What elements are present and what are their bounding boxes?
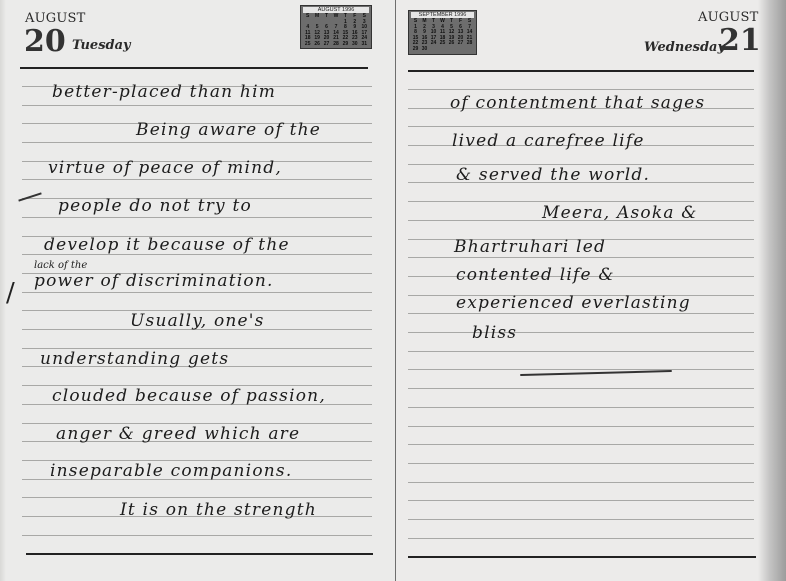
footer-rule	[26, 553, 373, 555]
ruled-line	[408, 519, 754, 520]
ruled-line	[22, 535, 372, 536]
handwriting-line: better-placed than him	[52, 82, 276, 102]
handwriting-line: understanding gets	[40, 349, 229, 369]
cal-day: 29	[411, 47, 420, 53]
mini-calendar-august: AUGUST 1996 S M T W T F S 1 2	[300, 5, 372, 49]
ruled-line	[408, 351, 754, 352]
handwriting-line: lived a carefree life	[452, 131, 645, 151]
cal-day	[429, 47, 438, 53]
header-rule	[408, 70, 754, 72]
handwriting-line: experienced everlasting	[456, 293, 691, 313]
mini-calendar-september: SEPTEMBER 1996 S M T W T F S 1 2 3 4 5	[408, 10, 477, 55]
footer-rule	[408, 556, 756, 558]
ruled-line	[22, 142, 372, 143]
mini-calendar-grid: S M T W T F S 1 2 3 4 5 6 7	[411, 19, 474, 52]
handwriting-line: anger & greed which are	[56, 424, 300, 444]
cal-day: 25	[303, 42, 312, 48]
mini-calendar-grid: S M T W T F S 1 2 3	[303, 14, 369, 47]
ruled-line	[408, 332, 754, 333]
handwriting-line: Being aware of the	[136, 120, 321, 140]
ruled-line	[408, 407, 754, 408]
handwriting-line: It is on the strength	[120, 500, 317, 520]
ruled-line	[408, 313, 754, 314]
right-day-number: 21	[719, 26, 761, 56]
page-edge-shadow	[758, 0, 786, 581]
ruled-line	[22, 497, 372, 498]
margin-stroke	[18, 192, 41, 201]
ruled-line	[408, 482, 754, 483]
handwriting-line: virtue of peace of mind,	[48, 158, 282, 178]
handwriting-line: clouded because of passion,	[52, 386, 326, 406]
ruled-line	[408, 369, 754, 370]
ruled-line	[408, 463, 754, 464]
end-flourish-stroke	[520, 370, 672, 376]
handwriting-line: develop it because of the	[44, 235, 290, 255]
ruled-line	[22, 105, 372, 106]
cal-day: 31	[360, 42, 369, 48]
right-page: SEPTEMBER 1996 S M T W T F S 1 2 3 4 5	[396, 0, 786, 581]
ruled-line	[408, 500, 754, 501]
ruled-line	[22, 292, 372, 293]
ruled-line	[408, 89, 754, 90]
ruled-line	[408, 444, 754, 445]
cal-day: 30	[420, 47, 429, 53]
ruled-line	[408, 257, 754, 258]
cal-day: 26	[312, 42, 321, 48]
handwriting-line: & served the world.	[456, 165, 650, 185]
insertion-note: lack of the	[34, 260, 87, 271]
cal-day	[447, 47, 456, 53]
handwriting-line: contented life &	[456, 265, 615, 285]
insertion-caret-mark: /	[6, 278, 15, 308]
cal-day: 28	[331, 42, 340, 48]
handwriting-line: bliss	[472, 323, 517, 343]
handwriting-line: of contentment that sages	[450, 93, 705, 113]
left-weekday: Tuesday	[72, 38, 131, 53]
header-rule	[20, 67, 368, 69]
cal-day: 27	[322, 42, 331, 48]
cal-day: 29	[341, 42, 350, 48]
ruled-line	[408, 538, 754, 539]
handwriting-line: Bhartruhari led	[454, 237, 606, 257]
cal-day: 30	[350, 42, 359, 48]
handwriting-line: Meera, Asoka &	[542, 203, 698, 223]
cal-day	[456, 47, 465, 53]
ruled-line	[408, 201, 754, 202]
handwriting-line: power of discrimination.	[34, 271, 274, 291]
ruled-line	[22, 179, 372, 180]
left-page: AUGUST 20 Tuesday AUGUST 1996 S M T W T …	[0, 0, 396, 581]
diary-spread: AUGUST 20 Tuesday AUGUST 1996 S M T W T …	[0, 0, 786, 581]
ruled-line	[408, 426, 754, 427]
ruled-line	[22, 217, 372, 218]
handwriting-line: Usually, one's	[130, 311, 265, 331]
ruled-line	[408, 126, 754, 127]
cal-day	[465, 47, 474, 53]
handwriting-line: people do not try to	[58, 196, 252, 216]
ruled-line	[408, 388, 754, 389]
handwriting-line: inseparable companions.	[50, 461, 292, 481]
right-weekday: Wednesday	[644, 40, 725, 55]
cal-day	[438, 47, 447, 53]
left-day-number: 20	[24, 27, 66, 57]
